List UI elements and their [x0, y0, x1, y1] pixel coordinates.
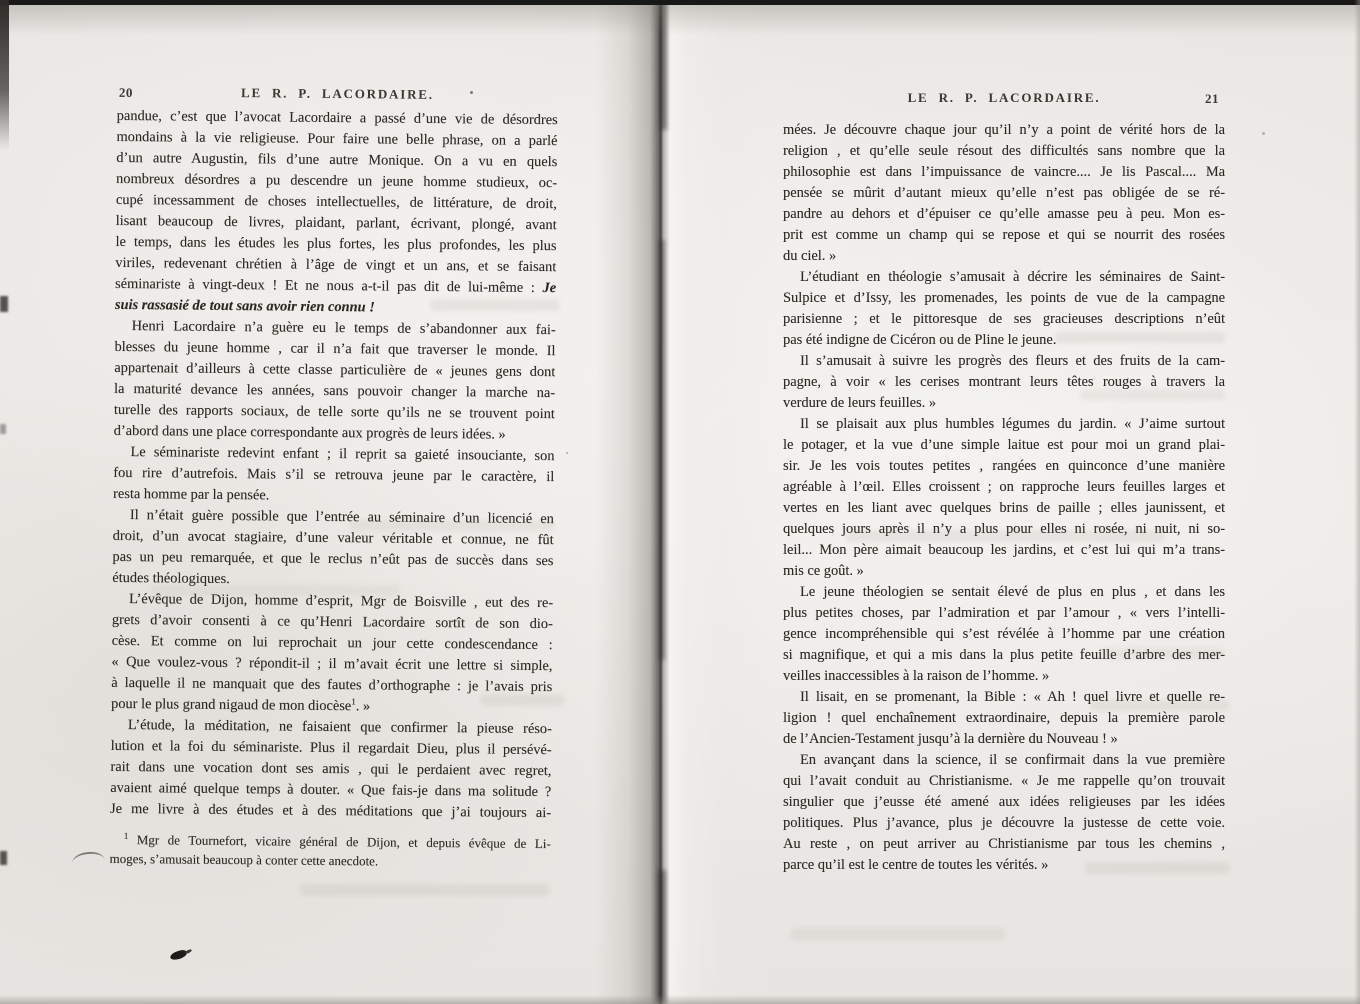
page-header: 20 LE R. P. LACORDAIRE.	[117, 84, 558, 110]
text-line: sir. Je les vois toutes petites , rangée…	[783, 456, 1225, 477]
scan-edge-left	[0, 0, 9, 150]
text-line: Il s’amusait à suivre les progrès des fl…	[783, 351, 1225, 372]
pen-mark	[72, 850, 105, 862]
text-line: parce qu’il est le centre de toutes les …	[783, 855, 1225, 876]
page-body: mées. Je découvre chaque jour qu’il n’y …	[783, 120, 1225, 876]
text-line: ligion ! quel enchaînement extraordinair…	[783, 708, 1225, 729]
paragraph: Il n’était guère possible que l’entrée a…	[112, 505, 554, 593]
paragraph: Le jeune théologien se sentait élevé de …	[783, 582, 1225, 687]
page-right: LE R. P. LACORDAIRE. 21 mées. Je découvr…	[783, 90, 1225, 876]
book-scan: 20 LE R. P. LACORDAIRE. pandue, c’est qu…	[0, 0, 1360, 1004]
gutter-shadow	[596, 0, 776, 1004]
page-body: pandue, c’est que l’avocat Lacordaire a …	[110, 106, 558, 824]
paragraph: L’évêque de Dijon, homme d’esprit, Mgr d…	[111, 589, 553, 719]
fold-line	[658, 870, 666, 1004]
text-line: qui l’avait conduit au Christianisme. « …	[783, 771, 1225, 792]
ink-blot	[185, 949, 193, 955]
text-line: quelques jours après il n’y a plus pour …	[783, 519, 1225, 540]
paragraph: L’étude, la méditation, ne faisaient que…	[110, 715, 552, 824]
text-line: L’étudiant en théologie s’amusait à décr…	[783, 267, 1225, 288]
text-line: si magnifique, et qui a mis dans la plus…	[783, 645, 1225, 666]
speck	[1262, 132, 1265, 135]
paragraph: Henri Lacordaire n’a guère eu le temps d…	[114, 316, 556, 446]
footnote: 1 Mgr de Tournefort, vicaire général de …	[109, 830, 550, 872]
text-line: singulier que j’eusse été amené aux idée…	[783, 792, 1225, 813]
text-line: plus petites choses, par l’admiration et…	[783, 603, 1225, 624]
text-line: prit est comme un champ qui se repose et…	[783, 225, 1225, 246]
text-line: mées. Je découvre chaque jour qu’il n’y …	[783, 120, 1225, 141]
text-line: Le jeune théologien se sentait élevé de …	[783, 582, 1225, 603]
running-title: LE R. P. LACORDAIRE.	[783, 90, 1225, 106]
scan-edge-mark	[0, 851, 7, 865]
page-number: 21	[1205, 91, 1219, 107]
paragraph: L’étudiant en théologie s’amusait à décr…	[783, 267, 1225, 351]
page-header: LE R. P. LACORDAIRE. 21	[783, 90, 1225, 112]
scan-edge-top-shadow	[0, 5, 1360, 35]
paragraph: Il se plaisait aux plus humbles légumes …	[783, 414, 1225, 582]
text-line: religion , et qu’elle seule résout des d…	[783, 141, 1225, 162]
text-line: de l’Ancien-Testament jusqu’à la dernièr…	[783, 729, 1225, 750]
fold-line	[660, 0, 667, 130]
text-line: parisienne ; et le pittoresque de ses gr…	[783, 309, 1225, 330]
text-line: Sulpice et d’Issy, les promenades, les p…	[783, 288, 1225, 309]
text-line: mis ce goût. »	[783, 561, 1225, 582]
paragraph: pandue, c’est que l’avocat Lacordaire a …	[115, 106, 558, 320]
text-line: pandre au dehors et d’épuiser ce qu’elle…	[783, 204, 1225, 225]
text-line: En avançant dans la science, il se confi…	[783, 750, 1225, 771]
paragraph: Il s’amusait à suivre les progrès des fl…	[783, 351, 1225, 414]
text-line: Je me livre à des études et à des médita…	[110, 799, 551, 824]
text-line: Il se plaisait aux plus humbles légumes …	[783, 414, 1225, 435]
paragraph: Le séminariste redevint enfant ; il repr…	[113, 442, 555, 509]
text-line: agréable à l’œil. Elles croissent ; on r…	[783, 477, 1225, 498]
page-number: 20	[119, 85, 133, 101]
text-line: le potager, et la vue d’une simple laitu…	[783, 435, 1225, 456]
footnote-paragraph: 1 Mgr de Tournefort, vicaire général de …	[109, 830, 550, 872]
running-title: LE R. P. LACORDAIRE.	[117, 84, 558, 104]
bleedthrough-smudge	[790, 928, 1005, 940]
paragraph: mées. Je découvre chaque jour qu’il n’y …	[783, 120, 1225, 267]
text-line: Au reste , on peut arriver au Christiani…	[783, 834, 1225, 855]
text-line: veilles inaccessibles à la raison de l’h…	[783, 666, 1225, 687]
speck	[566, 452, 568, 454]
scan-edge-mark	[0, 296, 8, 312]
text-line: leil... Mon père aimait beaucoup les jar…	[783, 540, 1225, 561]
scan-edge-bottom	[0, 995, 1360, 1004]
text-line: gence incompréhensible qui s’est révélée…	[783, 624, 1225, 645]
text-line: du ciel. »	[783, 246, 1225, 267]
fold-line	[659, 240, 665, 660]
text-line: Il lisait, en se promenant, la Bible : «…	[783, 687, 1225, 708]
bleedthrough-smudge	[300, 884, 550, 896]
text-line: philosophie est dans l’impuissance de va…	[783, 162, 1225, 183]
text-line: vertes en les liant avec quelques brins …	[783, 498, 1225, 519]
paragraph: En avançant dans la science, il se confi…	[783, 750, 1225, 876]
scan-edge-top	[0, 0, 1360, 5]
paragraph: Il lisait, en se promenant, la Bible : «…	[783, 687, 1225, 750]
text-line: verdure de leurs feuilles. »	[783, 393, 1225, 414]
scan-edge-mark	[0, 424, 6, 434]
page-left: 20 LE R. P. LACORDAIRE. pandue, c’est qu…	[109, 84, 558, 872]
ink-blot	[169, 949, 187, 961]
text-line: politiques. Plus j’avance, plus je décou…	[783, 813, 1225, 834]
scan-edge-right	[1354, 0, 1360, 1004]
text-line: pagne, à voir « les cerises montrant leu…	[783, 372, 1225, 393]
text-line: pensée se mûrit d’autant mieux qu’elle n…	[783, 183, 1225, 204]
text-line: pas été indigne de Cicéron ou de Pline l…	[783, 330, 1225, 351]
